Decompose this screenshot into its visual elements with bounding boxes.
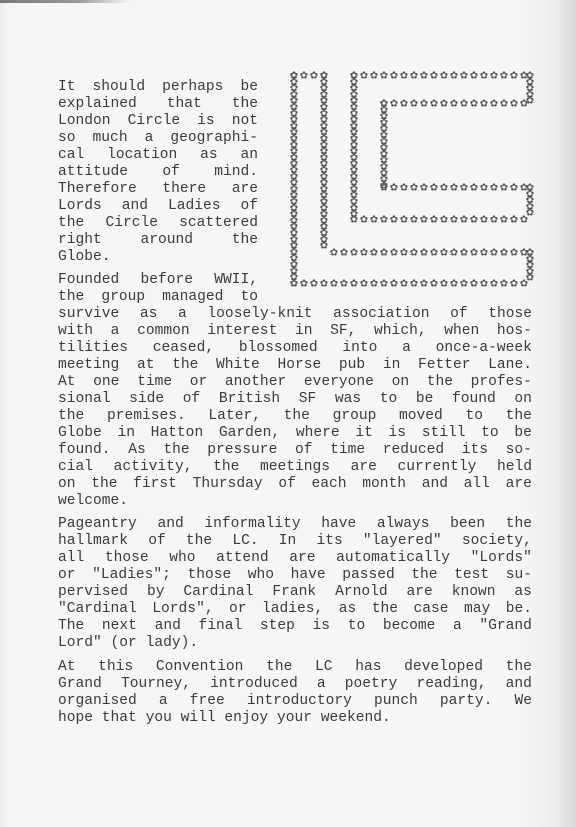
svg-text:✿: ✿ bbox=[510, 279, 518, 290]
text-line: Atonetimeoranothereveryoneontheprofes- bbox=[58, 374, 532, 391]
svg-text:✿: ✿ bbox=[400, 248, 408, 259]
text-line: cialactivity,themeetingsarecurrentlyheld bbox=[58, 459, 532, 476]
svg-text:✿: ✿ bbox=[320, 279, 328, 290]
svg-text:✿: ✿ bbox=[370, 215, 378, 226]
svg-text:✿: ✿ bbox=[490, 215, 498, 226]
text-line: tilitiesceased,blossomedintoaonce-a-week bbox=[58, 340, 532, 357]
svg-text:✿: ✿ bbox=[510, 71, 518, 82]
svg-text:✿: ✿ bbox=[420, 215, 428, 226]
svg-text:✿: ✿ bbox=[440, 183, 448, 194]
svg-text:✿: ✿ bbox=[490, 71, 498, 82]
text-line: theCirclescattered bbox=[58, 215, 258, 232]
svg-text:✿: ✿ bbox=[310, 71, 318, 82]
svg-text:✿: ✿ bbox=[510, 215, 518, 226]
text-line: Globe. bbox=[58, 249, 258, 266]
svg-text:✿: ✿ bbox=[410, 183, 418, 194]
svg-text:✿: ✿ bbox=[500, 99, 508, 110]
svg-text:✿: ✿ bbox=[470, 71, 478, 82]
svg-text:✿: ✿ bbox=[420, 248, 428, 259]
text-line: Thereforethereare bbox=[58, 181, 258, 198]
svg-text:✿: ✿ bbox=[490, 183, 498, 194]
svg-text:✿: ✿ bbox=[450, 71, 458, 82]
svg-text:✿: ✿ bbox=[510, 248, 518, 259]
text-line: GlobeinHattonGarden,whereitisstilltobe bbox=[58, 425, 532, 442]
svg-text:✿: ✿ bbox=[480, 71, 488, 82]
text-line: thegroupmanagedto bbox=[58, 289, 258, 306]
svg-text:✿: ✿ bbox=[470, 279, 478, 290]
lc-star-logo: ✿✿✿✿✿✿✿✿✿✿✿✿✿✿✿✿✿✿✿✿✿✿✿✿✿✿✿✿✿✿✿✿✿✿✿✿✿✿✿✿… bbox=[282, 64, 538, 296]
svg-text:✿: ✿ bbox=[470, 183, 478, 194]
svg-text:✿: ✿ bbox=[400, 279, 408, 290]
svg-text:✿: ✿ bbox=[390, 99, 398, 110]
svg-text:✿: ✿ bbox=[510, 183, 518, 194]
svg-text:✿: ✿ bbox=[500, 71, 508, 82]
svg-text:✿: ✿ bbox=[380, 279, 388, 290]
svg-text:✿: ✿ bbox=[390, 215, 398, 226]
svg-text:✿: ✿ bbox=[360, 71, 368, 82]
svg-text:✿: ✿ bbox=[450, 279, 458, 290]
svg-text:✿: ✿ bbox=[340, 248, 348, 259]
svg-text:✿: ✿ bbox=[460, 71, 468, 82]
text-line: AtthisConventiontheLChasdevelopedthe bbox=[58, 659, 532, 676]
svg-text:✿: ✿ bbox=[440, 215, 448, 226]
svg-text:✿: ✿ bbox=[450, 99, 458, 110]
text-line: thepremises.Later,thegroupmovedtothe bbox=[58, 408, 532, 425]
svg-text:✿: ✿ bbox=[400, 183, 408, 194]
svg-text:✿: ✿ bbox=[510, 99, 518, 110]
svg-text:✿: ✿ bbox=[520, 215, 528, 226]
svg-text:✿: ✿ bbox=[410, 248, 418, 259]
svg-text:✿: ✿ bbox=[410, 71, 418, 82]
svg-text:✿: ✿ bbox=[350, 215, 358, 226]
svg-text:✿: ✿ bbox=[520, 99, 528, 110]
text-line: somuchageographi- bbox=[58, 130, 258, 147]
text-line: organisedafreeintroductorypunchparty.We bbox=[58, 693, 532, 710]
text-line: surviveasaloosely-knitassociationofthose bbox=[58, 306, 532, 323]
svg-text:✿: ✿ bbox=[410, 215, 418, 226]
svg-text:✿: ✿ bbox=[360, 279, 368, 290]
intro-paragraph: ItshouldperhapsbeexplainedthattheLondonC… bbox=[58, 79, 258, 266]
history-paragraph-start: FoundedbeforeWWII,thegroupmanagedto bbox=[58, 272, 258, 306]
text-line: FoundedbeforeWWII, bbox=[58, 272, 258, 289]
text-line: callocationasan bbox=[58, 147, 258, 164]
svg-text:✿: ✿ bbox=[420, 183, 428, 194]
svg-text:✿: ✿ bbox=[360, 215, 368, 226]
svg-text:✿: ✿ bbox=[320, 241, 328, 252]
text-line: hope that you will enjoy your weekend. bbox=[58, 710, 532, 727]
text-line: rightaroundthe bbox=[58, 232, 258, 249]
svg-text:✿: ✿ bbox=[500, 215, 508, 226]
svg-text:✿: ✿ bbox=[310, 279, 318, 290]
text-line: GrandTourney,introducedapoetryreading,an… bbox=[58, 676, 532, 693]
svg-text:✿: ✿ bbox=[480, 279, 488, 290]
svg-text:✿: ✿ bbox=[370, 248, 378, 259]
svg-text:✿: ✿ bbox=[420, 71, 428, 82]
svg-text:✿: ✿ bbox=[400, 71, 408, 82]
svg-text:✿: ✿ bbox=[490, 99, 498, 110]
svg-text:✿: ✿ bbox=[430, 71, 438, 82]
svg-text:✿: ✿ bbox=[410, 99, 418, 110]
svg-text:✿: ✿ bbox=[370, 71, 378, 82]
text-line: "CardinalLords",orladies,asthecasemaybe. bbox=[58, 601, 532, 618]
svg-text:✿: ✿ bbox=[480, 99, 488, 110]
svg-text:✿: ✿ bbox=[470, 215, 478, 226]
text-line: or"Ladies";thosewhohavepassedthetestsu- bbox=[58, 567, 532, 584]
svg-text:✿: ✿ bbox=[460, 279, 468, 290]
scanned-page: ✿✿✿✿✿✿✿✿✿✿✿✿✿✿✿✿✿✿✿✿✿✿✿✿✿✿✿✿✿✿✿✿✿✿✿✿✿✿✿✿… bbox=[0, 0, 576, 827]
svg-text:✿: ✿ bbox=[440, 99, 448, 110]
svg-text:✿: ✿ bbox=[450, 215, 458, 226]
svg-text:✿: ✿ bbox=[450, 248, 458, 259]
svg-text:✿: ✿ bbox=[360, 248, 368, 259]
text-line: welcome. bbox=[58, 493, 532, 510]
svg-text:✿: ✿ bbox=[430, 215, 438, 226]
svg-text:✿: ✿ bbox=[520, 279, 528, 290]
text-line: withacommoninterestinSF,which,whenhos- bbox=[58, 323, 532, 340]
scan-edge-shadow bbox=[0, 0, 130, 3]
svg-text:✿: ✿ bbox=[380, 183, 388, 194]
svg-text:✿: ✿ bbox=[480, 215, 488, 226]
text-line: Thenextandfinalstepistobecomea"Grand bbox=[58, 618, 532, 635]
svg-text:✿: ✿ bbox=[350, 279, 358, 290]
svg-text:✿: ✿ bbox=[330, 248, 338, 259]
svg-text:✿: ✿ bbox=[470, 99, 478, 110]
svg-text:✿: ✿ bbox=[460, 248, 468, 259]
svg-text:✿: ✿ bbox=[430, 248, 438, 259]
svg-text:✿: ✿ bbox=[300, 279, 308, 290]
svg-text:✿: ✿ bbox=[330, 279, 338, 290]
svg-text:✿: ✿ bbox=[430, 99, 438, 110]
text-line: Itshouldperhapsbe bbox=[58, 79, 258, 96]
svg-text:✿: ✿ bbox=[480, 183, 488, 194]
text-line: pervisedbyCardinalFrankArnoldareknownas bbox=[58, 584, 532, 601]
svg-text:✿: ✿ bbox=[460, 183, 468, 194]
svg-text:✿: ✿ bbox=[420, 279, 428, 290]
svg-text:✿: ✿ bbox=[340, 279, 348, 290]
text-line: onthefirstThursdayofeachmonthandallare bbox=[58, 476, 532, 493]
svg-text:✿: ✿ bbox=[400, 99, 408, 110]
svg-text:✿: ✿ bbox=[380, 71, 388, 82]
text-line: allthosewhoattendareautomatically"Lords" bbox=[58, 550, 532, 567]
svg-text:✿: ✿ bbox=[500, 279, 508, 290]
svg-text:✿: ✿ bbox=[480, 248, 488, 259]
svg-text:✿: ✿ bbox=[350, 248, 358, 259]
history-paragraph: surviveasaloosely-knitassociationofthose… bbox=[58, 306, 532, 510]
svg-text:✿: ✿ bbox=[380, 248, 388, 259]
svg-text:✿: ✿ bbox=[400, 215, 408, 226]
text-line: explainedthatthe bbox=[58, 96, 258, 113]
svg-text:✿: ✿ bbox=[420, 99, 428, 110]
text-line: LondonCircleisnot bbox=[58, 113, 258, 130]
svg-text:✿: ✿ bbox=[500, 183, 508, 194]
svg-text:✿: ✿ bbox=[430, 279, 438, 290]
svg-text:✿: ✿ bbox=[430, 183, 438, 194]
text-line: meetingattheWhiteHorsepubinFetterLane. bbox=[58, 357, 532, 374]
svg-text:✿: ✿ bbox=[500, 248, 508, 259]
svg-text:✿: ✿ bbox=[440, 279, 448, 290]
svg-text:✿: ✿ bbox=[470, 248, 478, 259]
convention-paragraph: AtthisConventiontheLChasdevelopedtheGran… bbox=[58, 659, 532, 727]
svg-text:✿: ✿ bbox=[450, 183, 458, 194]
svg-text:✿: ✿ bbox=[460, 99, 468, 110]
svg-text:✿: ✿ bbox=[380, 215, 388, 226]
svg-text:✿: ✿ bbox=[440, 71, 448, 82]
pageantry-paragraph: Pageantryandinformalityhavealwaysbeenthe… bbox=[58, 516, 532, 652]
text-line: attitudeofmind. bbox=[58, 164, 258, 181]
text-line: found.Asthepressureoftimereduceditsso- bbox=[58, 442, 532, 459]
svg-text:✿: ✿ bbox=[410, 279, 418, 290]
text-line: Pageantryandinformalityhavealwaysbeenthe bbox=[58, 516, 532, 533]
svg-text:✿: ✿ bbox=[440, 248, 448, 259]
svg-text:✿: ✿ bbox=[490, 279, 498, 290]
text-line: sionalsideofBritishSFwastobefoundon bbox=[58, 391, 532, 408]
text-line: hallmarkoftheLC.Inits"layered"society, bbox=[58, 533, 532, 550]
svg-text:✿: ✿ bbox=[460, 215, 468, 226]
svg-text:✿: ✿ bbox=[490, 248, 498, 259]
svg-text:✿: ✿ bbox=[290, 279, 298, 290]
text-line: LordsandLadiesof bbox=[58, 198, 258, 215]
svg-text:✿: ✿ bbox=[390, 71, 398, 82]
svg-text:✿: ✿ bbox=[370, 279, 378, 290]
text-line: Lord" (or lady). bbox=[58, 635, 532, 652]
svg-text:✿: ✿ bbox=[390, 248, 398, 259]
svg-text:✿: ✿ bbox=[390, 183, 398, 194]
svg-text:✿: ✿ bbox=[300, 71, 308, 82]
svg-text:✿: ✿ bbox=[390, 279, 398, 290]
